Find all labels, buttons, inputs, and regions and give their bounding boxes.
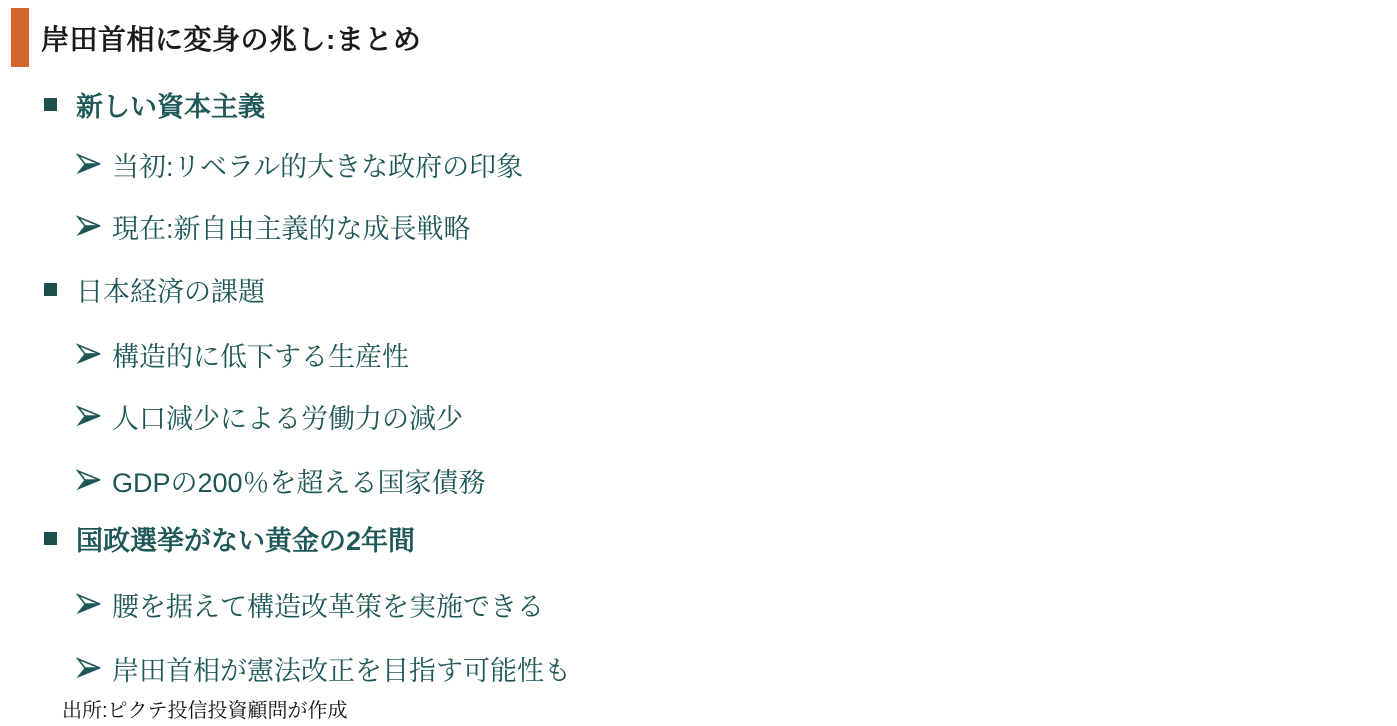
bullet-text: 岸田首相が憲法改正を目指す可能性も — [112, 649, 571, 688]
section-label: 新しい資本主義 — [76, 85, 265, 124]
square-bullet-icon — [44, 283, 57, 296]
bullet-item: 腰を据えて構造改革策を実施できる — [76, 586, 544, 622]
section-heading: 日本経済の課題 — [44, 271, 265, 307]
arrowhead-right-icon — [76, 153, 102, 175]
section-heading: 国政選挙がない黄金の2年間 — [44, 520, 415, 556]
arrowhead-right-icon — [76, 469, 102, 491]
bullet-text: 腰を据えて構造改革策を実施できる — [112, 585, 544, 624]
arrowhead-right-icon — [76, 405, 102, 427]
arrowhead-right-icon — [76, 343, 102, 365]
arrowhead-right-icon — [76, 657, 102, 679]
section-label: 国政選挙がない黄金の2年間 — [76, 519, 415, 558]
section-heading: 新しい資本主義 — [44, 86, 265, 122]
bullet-text: 人口減少による労働力の減少 — [112, 397, 463, 436]
square-bullet-icon — [44, 98, 57, 111]
bullet-item: 当初:リベラル的大きな政府の印象 — [76, 146, 523, 182]
bullet-item: 岸田首相が憲法改正を目指す可能性も — [76, 650, 571, 686]
bullet-item: 人口減少による労働力の減少 — [76, 398, 463, 434]
section-label: 日本経済の課題 — [76, 270, 265, 309]
bullet-text: 構造的に低下する生産性 — [112, 335, 409, 374]
page-title: 岸田首相に変身の兆し:まとめ — [41, 18, 421, 58]
bullet-item: GDPの200％を超える国家債務 — [76, 462, 486, 498]
bullet-text: 当初:リベラル的大きな政府の印象 — [112, 145, 523, 184]
source-note: 出所:ピクテ投信投資顧問が作成 — [62, 694, 348, 723]
bullet-text: GDPの200％を超える国家債務 — [112, 461, 486, 500]
arrowhead-right-icon — [76, 593, 102, 615]
square-bullet-icon — [44, 532, 57, 545]
title-block: 岸田首相に変身の兆し:まとめ — [11, 8, 421, 67]
arrowhead-right-icon — [76, 215, 102, 237]
title-accent-bar — [11, 8, 29, 67]
bullet-item: 現在:新自由主義的な成長戦略 — [76, 208, 471, 244]
bullet-item: 構造的に低下する生産性 — [76, 336, 409, 372]
bullet-text: 現在:新自由主義的な成長戦略 — [112, 207, 471, 246]
slide-canvas: 岸田首相に変身の兆し:まとめ 新しい資本主義 当初:リベラル的大きな政府の印象 … — [0, 0, 1397, 726]
